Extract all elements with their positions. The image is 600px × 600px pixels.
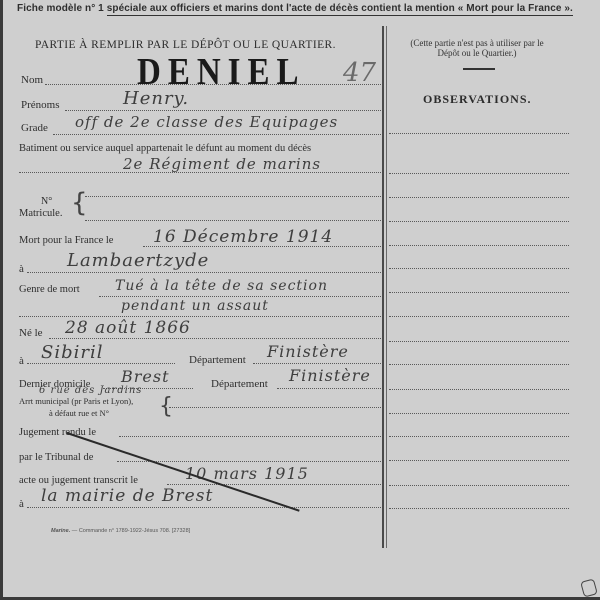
street-label: à défaut rue et N° [49, 408, 109, 418]
cause-of-death-value-1: Tué à la tête de sa section [115, 278, 328, 294]
cause-of-death-label: Genre de mort [19, 284, 80, 295]
birth-department-value: Finistère [267, 342, 349, 361]
matricule-label: Matricule. [19, 208, 62, 219]
arrondissement-label: Arrt municipal (pr Paris et Lyon), [19, 396, 133, 406]
observation-line [389, 508, 569, 509]
form-model-number: Fiche modèle n° 1 [17, 3, 104, 14]
birth-place-label: à [19, 355, 24, 367]
judgment-date-label: Jugement rendu le [19, 427, 96, 438]
observations-note: (Cette partie n'est pas à utiliser par l… [407, 38, 547, 58]
street-address-value: 6 rue des Jardins [39, 385, 142, 396]
column-divider [382, 26, 384, 548]
transcription-place-label: à [19, 498, 24, 510]
observation-line [389, 268, 569, 269]
observation-line [389, 460, 569, 461]
grade-line [53, 134, 381, 135]
birth-date-value: 28 août 1866 [65, 318, 191, 338]
page-corner-mark [580, 578, 598, 597]
first-names-label: Prénoms [21, 99, 60, 111]
service-line [19, 172, 381, 173]
first-names-value: Henry. [123, 88, 189, 109]
death-date-label: Mort pour la France le [19, 235, 113, 246]
birth-department-label: Département [189, 354, 246, 366]
brace-icon: { [71, 190, 88, 216]
birth-place-value: Sibiril [41, 342, 104, 363]
surname-label: Nom [21, 74, 43, 86]
birth-date-line [49, 338, 381, 339]
observation-line [389, 364, 569, 365]
observation-line [389, 292, 569, 293]
birth-date-label: Né le [19, 327, 43, 339]
observation-line [389, 221, 569, 222]
birth-place-line [27, 363, 175, 364]
print-reference: Marine. — Commande n° 1789-1922-Jésus 70… [51, 528, 190, 534]
cause-of-death-line-2 [19, 316, 381, 317]
death-place-label: à [19, 263, 24, 275]
matricule-line-1 [85, 196, 381, 197]
form-description: spéciale aux officiers et marins dont l'… [107, 3, 573, 16]
print-org: Marine. [51, 528, 70, 534]
service-label: Batiment ou service auquel appartenait l… [19, 143, 311, 154]
death-date-line [143, 246, 381, 247]
arrondissement-line [169, 407, 381, 408]
cause-of-death-line-1 [99, 296, 381, 297]
transcription-date-line [167, 484, 381, 485]
observation-line [389, 413, 569, 414]
residence-department-label: Département [211, 378, 268, 390]
birth-department-line [253, 363, 381, 364]
observation-line [389, 436, 569, 437]
observation-line [389, 389, 569, 390]
transcription-place-line [27, 507, 381, 508]
observation-line [389, 133, 569, 134]
observations-title: OBSERVATIONS. [423, 92, 532, 107]
print-order: — Commande n° 1789-1922-Jésus 708. [72, 528, 171, 534]
matricule-label-top: N° [41, 196, 52, 207]
observation-line [389, 173, 569, 174]
death-place-value: Lambaertzyde [67, 250, 209, 271]
judgment-date-line [119, 436, 381, 437]
observation-line [389, 341, 569, 342]
matricule-line-2 [85, 220, 381, 221]
tribunal-label: par le Tribunal de [19, 452, 93, 463]
first-names-line [65, 110, 381, 111]
transcription-date-value: 10 mars 1915 [185, 464, 309, 483]
observations-rule [463, 68, 495, 70]
column-divider-inner [386, 26, 387, 548]
service-value: 2e Régiment de marins [123, 155, 321, 173]
transcription-place-value: la mairie de Brest [41, 486, 213, 506]
last-residence-value: Brest [121, 367, 170, 386]
residence-department-value: Finistère [289, 366, 371, 385]
death-place-line [27, 272, 381, 273]
residence-department-line [277, 388, 381, 389]
observation-line [389, 485, 569, 486]
cause-of-death-value-2: pendant un assaut [121, 298, 269, 314]
grade-value: off de 2e classe des Equipages [75, 113, 338, 131]
observation-line [389, 197, 569, 198]
grade-label: Grade [21, 122, 48, 134]
observation-line [389, 316, 569, 317]
surname-line [45, 84, 381, 85]
observation-line [389, 245, 569, 246]
transcription-date-label: acte ou jugement transcrit le [19, 475, 138, 486]
death-date-value: 16 Décembre 1914 [153, 227, 333, 247]
death-record-card: Fiche modèle n° 1 spéciale aux officiers… [0, 0, 600, 600]
section-title: PARTIE À REMPLIR PAR LE DÉPÔT OU LE QUAR… [35, 39, 336, 51]
print-code: [27328] [172, 528, 190, 534]
form-header: Fiche modèle n° 1 spéciale aux officiers… [17, 3, 587, 14]
